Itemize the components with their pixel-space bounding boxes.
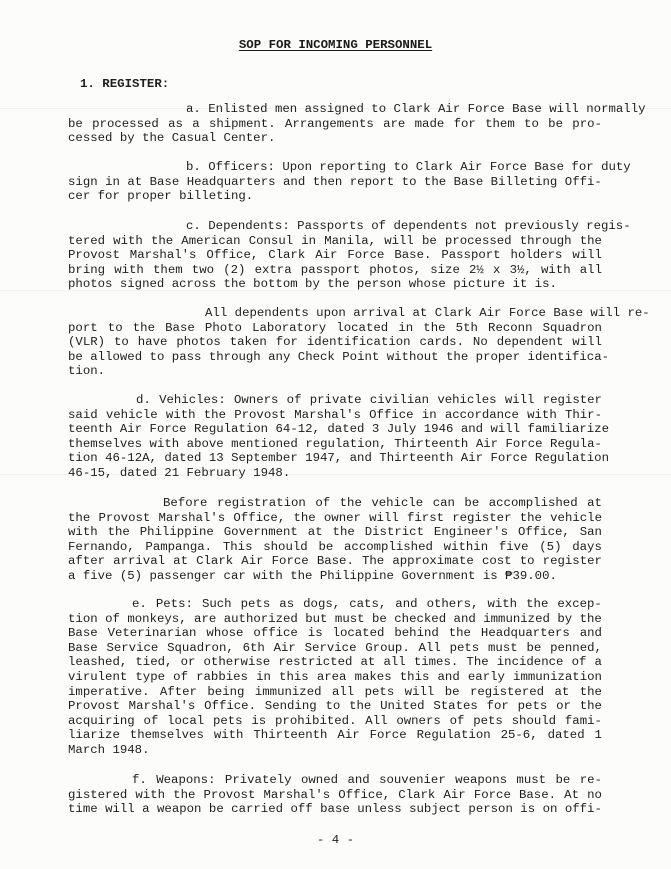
paragraph-line: be allowed to pass through any Check Poi… [68, 350, 602, 365]
paragraph-b: b. Officers: Upon reporting to Clark Air… [68, 160, 602, 204]
paragraph-line: bring with them two (2) extra passport p… [68, 263, 602, 278]
paragraph-a: a. Enlisted men assigned to Clark Air Fo… [68, 102, 602, 146]
paragraph-line: March 1948. [68, 743, 602, 758]
document-title-text: SOP FOR INCOMING PERSONNEL [239, 38, 432, 52]
paragraph-d-continued: Before registration of the vehicle can b… [68, 496, 602, 584]
paragraph-line: e. Pets: Such pets as dogs, cats, and ot… [68, 597, 602, 612]
paragraph-d: d. Vehicles: Owners of private civilian … [68, 393, 602, 481]
paragraph-line: port to the Base Photo Laboratory locate… [68, 321, 602, 336]
paragraph-line: tion. [68, 364, 602, 379]
paragraph-line: a. Enlisted men assigned to Clark Air Fo… [68, 102, 602, 117]
paragraph-c-continued: All dependents upon arrival at Clark Air… [68, 306, 602, 379]
paragraph-line: teenth Air Force Regulation 64-12, dated… [68, 422, 602, 437]
paragraph-c: c. Dependents: Passports of dependents n… [68, 219, 602, 292]
paragraph-line: a five (5) passenger car with the Philip… [68, 569, 602, 584]
paragraph-line: cessed by the Casual Center. [68, 131, 602, 146]
paragraph-line: acquiring of local pets is prohibited. A… [68, 714, 602, 729]
paragraph-line: photos signed across the bottom by the p… [68, 277, 602, 292]
section-heading: 1. REGISTER: [80, 77, 169, 91]
document-title: SOP FOR INCOMING PERSONNEL [0, 38, 671, 52]
paragraph-line: gistered with the Provost Marshal's Offi… [68, 788, 602, 803]
paragraph-line: said vehicle with the Provost Marshal's … [68, 408, 602, 423]
paragraph-line: tered with the American Consul in Manila… [68, 234, 602, 249]
paragraph-line: be processed as a shipment. Arrangements… [68, 117, 602, 132]
paragraph-line: 46-15, dated 21 February 1948. [68, 466, 602, 481]
paragraph-line: (VLR) to have photos taken for identific… [68, 335, 602, 350]
paragraph-line: b. Officers: Upon reporting to Clark Air… [68, 160, 602, 175]
paragraph-line: with the Philippine Government at the Di… [68, 525, 602, 540]
paragraph-line: tion of monkeys, are authorized but must… [68, 612, 602, 627]
paragraph-line: tion 46-12A, dated 13 September 1947, an… [68, 451, 602, 466]
paragraph-line: themselves with above mentioned regulati… [68, 437, 602, 452]
paragraph-f: f. Weapons: Privately owned and souvenie… [68, 773, 602, 817]
paragraph-line: after arrival at Clark Air Force Base. T… [68, 554, 602, 569]
paragraph-line: c. Dependents: Passports of dependents n… [68, 219, 602, 234]
paragraph-line: Fernando, Pampanga. This should be accom… [68, 540, 602, 555]
paragraph-line: cer for proper billeting. [68, 189, 602, 204]
paragraph-line: Base Veterinarian whose office is locate… [68, 626, 602, 641]
paragraph-line: Base Service Squadron, 6th Air Service G… [68, 641, 602, 656]
page-number: - 4 - [0, 833, 671, 847]
paragraph-line: virulent type of rabbies in this area ma… [68, 670, 602, 685]
paragraph-line: leashed, tied, or otherwise restricted a… [68, 655, 602, 670]
paragraph-e: e. Pets: Such pets as dogs, cats, and ot… [68, 597, 602, 758]
paragraph-line: liarize themselves with Thirteenth Air F… [68, 728, 602, 743]
paragraph-line: Before registration of the vehicle can b… [68, 496, 602, 511]
paragraph-line: Provost Marshal's Office. Sending to the… [68, 699, 602, 714]
paragraph-line: the Provost Marshal's Office, the owner … [68, 511, 602, 526]
paragraph-line: Provost Marshal's Office, Clark Air Forc… [68, 248, 602, 263]
paragraph-line: sign in at Base Headquarters and then re… [68, 175, 602, 190]
document-page: SOP FOR INCOMING PERSONNEL 1. REGISTER: … [0, 0, 671, 869]
paragraph-line: time will a weapon be carried off base u… [68, 802, 602, 817]
paragraph-line: d. Vehicles: Owners of private civilian … [68, 393, 602, 408]
paragraph-line: f. Weapons: Privately owned and souvenie… [68, 773, 602, 788]
paragraph-line: imperative. After being immunized all pe… [68, 685, 602, 700]
paragraph-line: All dependents upon arrival at Clark Air… [68, 306, 602, 321]
